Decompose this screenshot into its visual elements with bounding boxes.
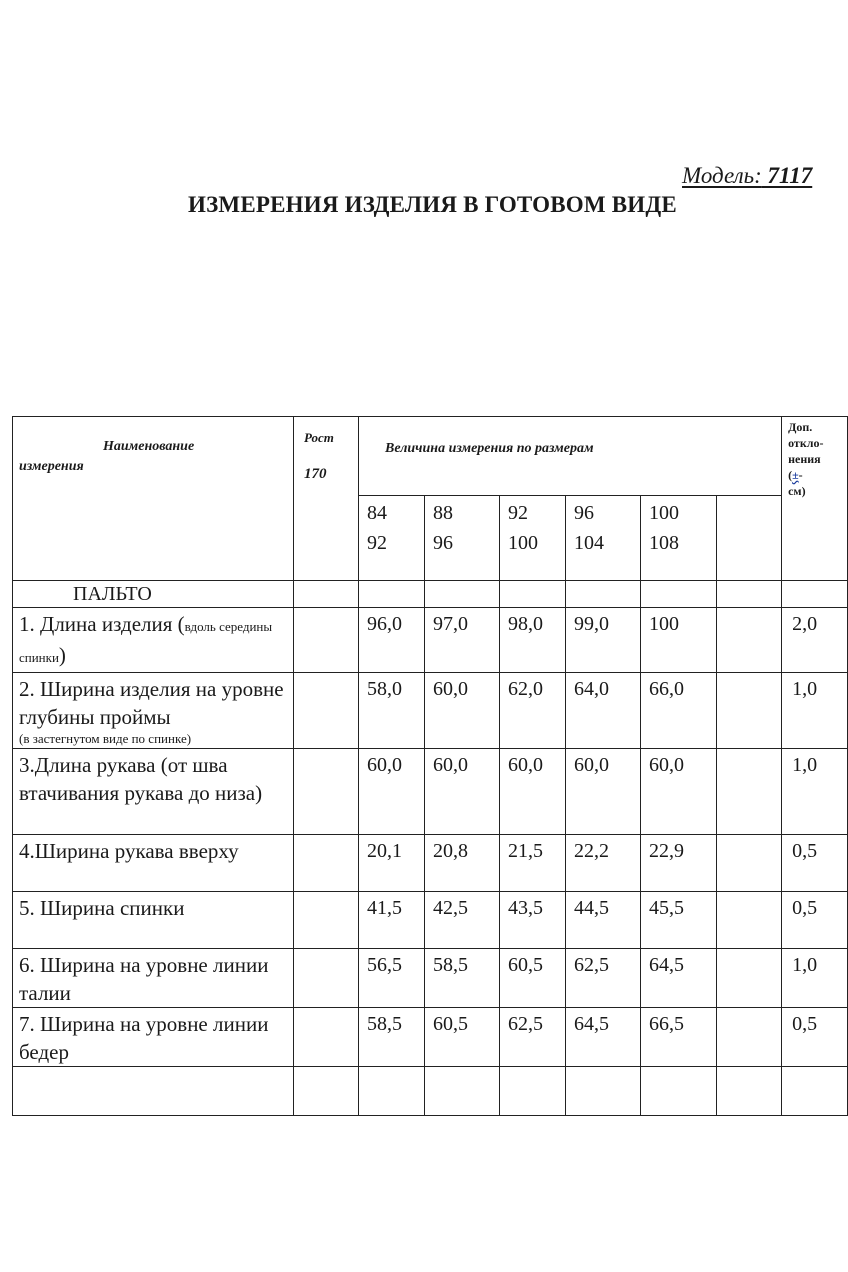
size-value-cell: 62,0 [500,673,566,749]
deviation-line1: Доп. [788,419,843,435]
page-title: ИЗМЕРЕНИЯ ИЗДЕЛИЯ В ГОТОВОМ ВИДЕ [188,192,677,218]
height-cell [294,749,359,835]
empty-cell [500,1067,566,1116]
deviation-cell: 2,0 [782,608,848,673]
label-text: 6. Ширина на уровне линии талии [19,953,268,1005]
size-value-cell: 42,5 [425,892,500,949]
label-note: (в застегнутом виде по спинке) [19,731,287,747]
deviation-line4: (±- [788,467,843,483]
size-value-cell: 60,0 [425,673,500,749]
header-height: Рост 170 [294,417,359,581]
size-header-cell: 8896 [425,496,500,581]
dash: - [799,468,803,482]
size-value-cell [717,1008,782,1067]
section-row: ПАЛЬТО [13,581,848,608]
model-label: Модель: [682,163,762,188]
height-cell [294,949,359,1008]
deviation-cell: 0,5 [782,1008,848,1067]
measurement-label: 6. Ширина на уровне линии талии [13,949,294,1008]
size-value-cell [717,949,782,1008]
size-value-cell: 99,0 [566,608,641,673]
label-text: 3.Длина рукава (от шва втачивания рукава… [19,753,262,805]
empty-cell [566,1067,641,1116]
empty-cell [717,1067,782,1116]
size-value-cell: 44,5 [566,892,641,949]
label-text: 2. Ширина изделия на уровне глубины прой… [19,677,284,729]
table-row: 3.Длина рукава (от шва втачивания рукава… [13,749,848,835]
section-title: ПАЛЬТО [13,581,294,608]
height-cell [294,673,359,749]
deviation-cell: 1,0 [782,673,848,749]
header-deviation: Доп. откло- нения (±- см) [782,417,848,581]
size-header-cell: 8492 [359,496,425,581]
measurements-table: Наименование измерения Рост 170 Величина… [12,416,848,1116]
empty-cell [641,581,717,608]
height-cell [294,892,359,949]
size-value-cell: 62,5 [566,949,641,1008]
deviation-line2: откло- [788,435,843,451]
size-header-cell: 96104 [566,496,641,581]
size-value-cell [717,835,782,892]
empty-cell [359,581,425,608]
label-text: 7. Ширина на уровне линии бедер [19,1012,268,1064]
table-row: 5. Ширина спинки41,542,543,544,545,50,5 [13,892,848,949]
label-text: 4.Ширина рукава вверху [19,839,239,863]
table-row: 4.Ширина рукава вверху20,120,821,522,222… [13,835,848,892]
header-name-line1: Наименование [19,437,287,457]
size-top: 88 [433,498,499,528]
empty-cell [500,581,566,608]
size-value-cell: 64,5 [566,1008,641,1067]
size-value-cell: 66,5 [641,1008,717,1067]
empty-cell [425,1067,500,1116]
measurement-label: 2. Ширина изделия на уровне глубины прой… [13,673,294,749]
size-bottom: 104 [574,528,640,558]
deviation-cell: 0,5 [782,835,848,892]
size-value-cell: 64,0 [566,673,641,749]
size-value-cell: 20,1 [359,835,425,892]
size-top: 100 [649,498,716,528]
empty-cell [359,1067,425,1116]
empty-cell [425,581,500,608]
height-value: 170 [304,465,350,483]
height-label: Рост [304,430,334,445]
deviation-cell: 0,5 [782,892,848,949]
table-row: 6. Ширина на уровне линии талии56,558,56… [13,949,848,1008]
size-value-cell: 56,5 [359,949,425,1008]
empty-cell [782,581,848,608]
size-bottom: 96 [433,528,499,558]
size-value-cell: 58,5 [425,949,500,1008]
size-top: 96 [574,498,640,528]
size-header-cell: 100108 [641,496,717,581]
size-value-cell: 22,2 [566,835,641,892]
deviation-cell: 1,0 [782,949,848,1008]
empty-cell [782,1067,848,1116]
size-bottom: 108 [649,528,716,558]
header-name-line2: измерения [19,459,84,474]
table-row: 2. Ширина изделия на уровне глубины прой… [13,673,848,749]
size-value-cell: 58,0 [359,673,425,749]
deviation-line5: см) [788,483,843,499]
size-value-cell: 100 [641,608,717,673]
empty-cell [717,581,782,608]
deviation-line3: нения [788,451,843,467]
empty-cell [566,581,641,608]
size-value-cell [717,892,782,949]
size-top: 84 [367,498,424,528]
size-header-cell [717,496,782,581]
height-cell [294,608,359,673]
empty-row [13,1067,848,1116]
measurement-label: 5. Ширина спинки [13,892,294,949]
table-row: 1. Длина изделия (вдоль середины спинки)… [13,608,848,673]
deviation-cell: 1,0 [782,749,848,835]
measurement-label: 4.Ширина рукава вверху [13,835,294,892]
empty-cell [641,1067,717,1116]
label-text: 1. Длина изделия ( [19,612,185,636]
height-cell [294,835,359,892]
size-value-cell: 60,0 [425,749,500,835]
label-text: 5. Ширина спинки [19,896,184,920]
model-number: Модель: 7117 [682,163,812,189]
empty-cell [13,1067,294,1116]
header-measurement-name: Наименование измерения [13,417,294,581]
plus-minus-symbol: ± [792,468,799,482]
size-value-cell: 20,8 [425,835,500,892]
size-value-cell: 62,5 [500,1008,566,1067]
size-value-cell: 60,0 [566,749,641,835]
size-bottom: 100 [508,528,565,558]
size-value-cell: 22,9 [641,835,717,892]
model-value: 7117 [768,163,813,188]
size-value-cell: 45,5 [641,892,717,949]
empty-cell [294,1067,359,1116]
size-value-cell: 43,5 [500,892,566,949]
empty-cell [294,581,359,608]
size-value-cell: 60,0 [359,749,425,835]
height-cell [294,1008,359,1067]
size-header-cell: 92100 [500,496,566,581]
measurement-label: 7. Ширина на уровне линии бедер [13,1008,294,1067]
size-value-cell: 60,5 [425,1008,500,1067]
size-value-cell: 60,0 [500,749,566,835]
size-top: 92 [508,498,565,528]
size-value-cell: 60,0 [641,749,717,835]
size-value-cell [717,749,782,835]
size-value-cell: 60,5 [500,949,566,1008]
header-sizes: Величина измерения по размерам [359,417,782,496]
size-value-cell [717,608,782,673]
size-value-cell [717,673,782,749]
size-value-cell: 58,5 [359,1008,425,1067]
size-bottom: 92 [367,528,424,558]
size-value-cell: 21,5 [500,835,566,892]
measurement-label: 1. Длина изделия (вдоль середины спинки) [13,608,294,673]
measurement-label: 3.Длина рукава (от шва втачивания рукава… [13,749,294,835]
size-value-cell: 97,0 [425,608,500,673]
size-value-cell: 64,5 [641,949,717,1008]
size-value-cell: 66,0 [641,673,717,749]
size-value-cell: 41,5 [359,892,425,949]
size-value-cell: 96,0 [359,608,425,673]
label-tail: ) [59,643,66,667]
table-row: 7. Ширина на уровне линии бедер58,560,56… [13,1008,848,1067]
size-value-cell: 98,0 [500,608,566,673]
